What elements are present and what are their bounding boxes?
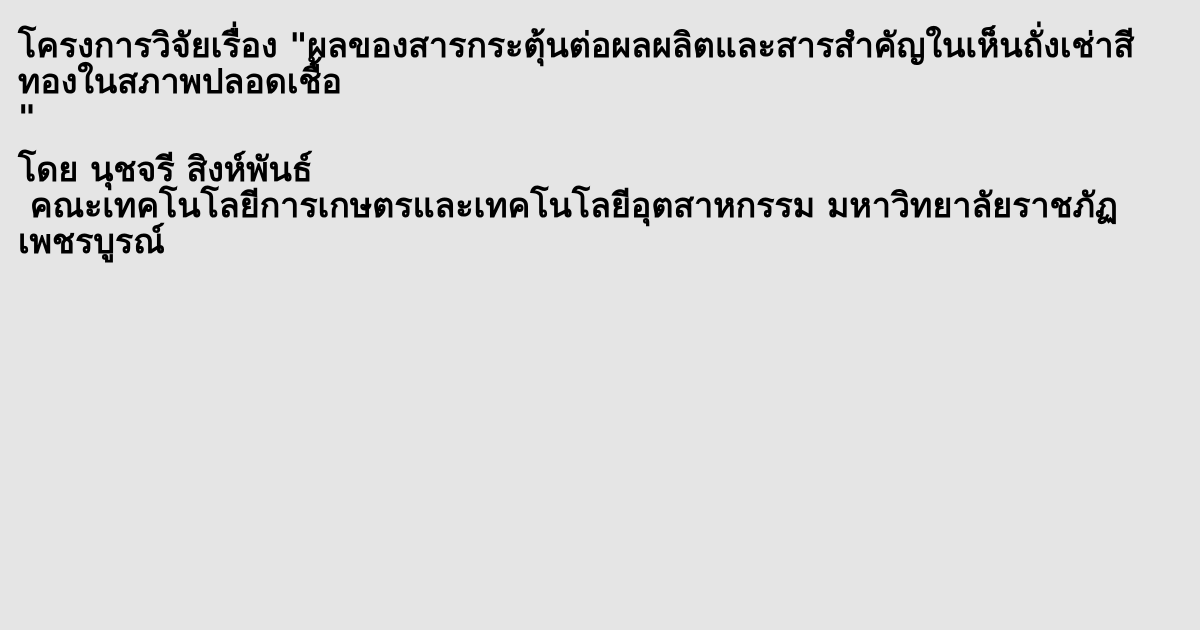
author-line: โดย นุชจรี สิงห์พันธ์ bbox=[18, 152, 1190, 188]
faculty-line: คณะเทคโนโลยีการเกษตรและเทคโนโลยีอุตสาหกร… bbox=[18, 188, 1190, 260]
author-block: โดย นุชจรี สิงห์พันธ์ คณะเทคโนโลยีการเกษ… bbox=[18, 152, 1190, 260]
research-title: โครงการวิจัยเรื่อง "ผลของสารกระตุ้นต่อผล… bbox=[18, 28, 1190, 136]
research-card: โครงการวิจัยเรื่อง "ผลของสารกระตุ้นต่อผล… bbox=[0, 0, 1200, 630]
